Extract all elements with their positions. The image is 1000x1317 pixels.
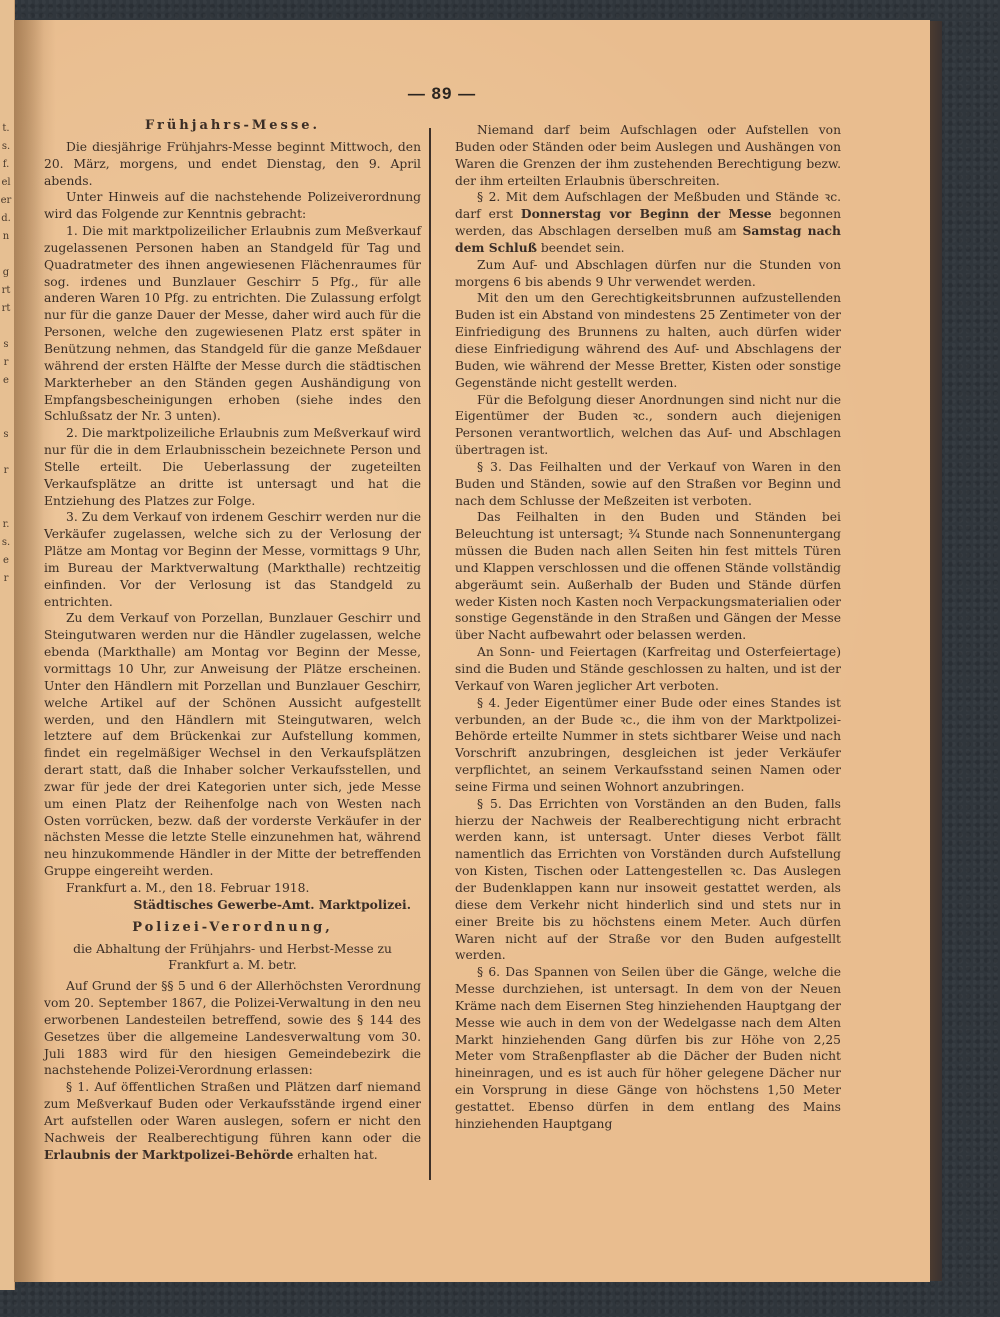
previous-page-edge: t.s.f.elerd.n grtrt sre s r r.s.er <box>0 0 15 1290</box>
ordinance-heading: Polizei-Verordnung, <box>44 920 421 937</box>
previous-page-fragment: g <box>0 264 12 282</box>
bold-text-span: Donnerstag vor Beginn der Messe <box>521 206 772 221</box>
left-column: Frühjahrs-Messe. Die diesjährige Frühjah… <box>44 116 421 1163</box>
previous-page-fragment: f. <box>0 156 12 174</box>
previous-page-fragment <box>0 246 12 264</box>
paragraph: § 6. Das Spannen von Seilen über die Gän… <box>455 964 841 1132</box>
right-column: Niemand darf beim Aufschlagen oder Aufst… <box>455 122 841 1133</box>
previous-page-fragment: s. <box>0 138 12 156</box>
paragraph: § 5. Das Errichten von Vorständen an den… <box>455 796 841 964</box>
bold-text-span: Erlaubnis der Marktpolizei-Behörde <box>44 1147 293 1162</box>
paragraph: Mit den um den Gerechtigkeitsbrunnen auf… <box>455 290 841 391</box>
previous-page-fragment: r <box>0 354 12 372</box>
previous-page-fragment: r. <box>0 516 12 534</box>
column-divider <box>429 128 431 1180</box>
previous-page-fragment: s. <box>0 534 12 552</box>
paragraph: Zum Auf- und Abschlagen dürfen nur die S… <box>455 257 841 291</box>
paragraph: § 4. Jeder Eigentümer einer Bude oder ei… <box>455 695 841 796</box>
paragraph: Unter Hinweis auf die nachstehende Poliz… <box>44 189 421 223</box>
previous-page-fragment <box>0 480 12 498</box>
paragraph: 1. Die mit marktpolizeilicher Erlaubnis … <box>44 223 421 425</box>
previous-page-fragment: r <box>0 570 12 588</box>
text-span: erhalten hat. <box>293 1148 377 1162</box>
paragraph: Zu dem Verkauf von Porzellan, Bunzlauer … <box>44 610 421 880</box>
previous-page-fragment <box>0 408 12 426</box>
previous-page-fragment <box>0 444 12 462</box>
section-1-paragraph: § 1. Auf öffentlichen Straßen und Plätze… <box>44 1079 421 1163</box>
paragraph: 3. Zu dem Verkauf von irdenem Geschirr w… <box>44 509 421 610</box>
paragraph: Das Feilhalten in den Buden und Ständen … <box>455 509 841 644</box>
previous-page-fragment: er <box>0 192 12 210</box>
paragraph: Die diesjährige Frühjahrs-Messe beginnt … <box>44 139 421 190</box>
previous-page-fragment: s <box>0 336 12 354</box>
place-date: Frankfurt a. M., den 18. Februar 1918. <box>44 880 421 897</box>
section-2-paragraph: § 2. Mit dem Aufschlagen der Meßbuden un… <box>455 189 841 256</box>
ordinance-subtitle-place: Frankfurt a. M. betr. <box>44 957 421 974</box>
ordinance-subtitle: die Abhaltung der Frühjahrs- und Herbst-… <box>44 941 421 958</box>
previous-page-fragment: s <box>0 426 12 444</box>
previous-page-fragment: el <box>0 174 12 192</box>
paragraph: 2. Die marktpolizeiliche Erlaubnis zum M… <box>44 425 421 509</box>
previous-page-fragment: d. <box>0 210 12 228</box>
page-number: — 89 — <box>392 84 492 104</box>
gutter-shadow <box>14 20 44 1282</box>
text-span: beendet sein. <box>537 241 625 255</box>
previous-page-text-fragments: t.s.f.elerd.n grtrt sre s r r.s.er <box>0 120 12 588</box>
previous-page-fragment <box>0 390 12 408</box>
previous-page-fragment: e <box>0 372 12 390</box>
paragraph: An Sonn- und Feiertagen (Karfreitag und … <box>455 644 841 695</box>
previous-page-fragment: rt <box>0 282 12 300</box>
text-span: § 1. Auf öffentlichen Straßen und Plätze… <box>44 1080 421 1145</box>
previous-page-fragment: n <box>0 228 12 246</box>
paragraph: Niemand darf beim Aufschlagen oder Aufst… <box>455 122 841 189</box>
previous-page-fragment: r <box>0 462 12 480</box>
previous-page-fragment <box>0 318 12 336</box>
previous-page-fragment: e <box>0 552 12 570</box>
paragraph: Auf Grund der §§ 5 und 6 der Allerhöchst… <box>44 978 421 1079</box>
paragraph: Für die Befolgung dieser Anordnungen sin… <box>455 392 841 459</box>
previous-page-fragment: rt <box>0 300 12 318</box>
paragraph: § 3. Das Feilhalten und der Verkauf von … <box>455 459 841 510</box>
previous-page-fragment: t. <box>0 120 12 138</box>
section-heading: Frühjahrs-Messe. <box>44 118 421 135</box>
signature: Städtisches Gewerbe-Amt. Marktpolizei. <box>44 897 411 914</box>
previous-page-fragment <box>0 498 12 516</box>
